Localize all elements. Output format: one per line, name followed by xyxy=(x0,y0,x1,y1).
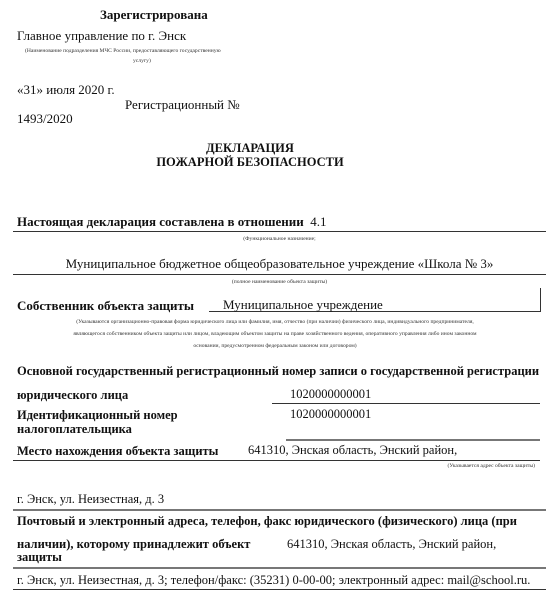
location-underline xyxy=(13,460,540,461)
ogrn-underline xyxy=(272,403,540,404)
registration-number-label: Регистрационный № xyxy=(125,97,240,113)
location-line2-underline xyxy=(13,509,546,511)
registration-number: 1493/2020 xyxy=(17,111,73,127)
contacts-value-line1: 641310, Энская область, Энский район, xyxy=(287,537,496,552)
registration-date: «31» июля 2020 г. xyxy=(17,82,115,98)
declaration-label: Настоящая декларация составлена в отноше… xyxy=(17,214,304,229)
location-note: (Указывается адрес объекта защиты) xyxy=(447,463,535,469)
owner-note-line3: основании, предусмотренном федеральным з… xyxy=(0,343,550,349)
contacts-label-line3: защиты xyxy=(17,550,62,565)
owner-note-line2: являющегося собственником объекта защиты… xyxy=(0,331,550,337)
registration-authority: Главное управление по г. Энск xyxy=(17,28,186,44)
declaration-value: 4.1 xyxy=(310,214,326,229)
ogrn-label-line1: Основной государственный регистрационный… xyxy=(17,364,539,379)
location-value-line1: 641310, Энская область, Энский район, xyxy=(248,443,457,458)
owner-note-line1: (Указываются организационно-правовая фор… xyxy=(0,319,550,325)
inn-label-line2: налогоплательщика xyxy=(17,422,132,437)
ogrn-label-line2: юридического лица xyxy=(17,388,128,403)
contacts-underline xyxy=(13,567,546,569)
declaration-note: (Функциональное назначение; xyxy=(13,236,546,242)
contacts-line2-underline xyxy=(13,589,546,590)
object-name-underline xyxy=(13,274,546,275)
ogrn-value: 1020000000001 xyxy=(290,387,371,402)
declaration-underline xyxy=(13,231,546,232)
inn-value: 1020000000001 xyxy=(290,407,371,422)
inn-underline xyxy=(286,439,540,441)
declaration-row: Настоящая декларация составлена в отноше… xyxy=(17,214,326,230)
location-label: Место нахождения объекта защиты xyxy=(17,444,218,459)
authority-note-line2: услугу) xyxy=(133,58,151,64)
registration-heading: Зарегистрирована xyxy=(100,7,208,23)
authority-note-line1: (Наименование подразделения МЧС России, … xyxy=(25,48,221,54)
contacts-value-line2: г. Энск, ул. Неизестная, д. 3; телефон/ф… xyxy=(17,573,530,588)
inn-label-line1: Идентификационный номер xyxy=(17,408,178,423)
document-title-line1: ДЕКЛАРАЦИЯ xyxy=(100,141,400,156)
document-title-line2: ПОЖАРНОЙ БЕЗОПАСНОСТИ xyxy=(100,155,400,170)
location-value-line2: г. Энск, ул. Неизестная, д. 3 xyxy=(17,492,164,507)
object-name-note: (полное наименование объекта защиты) xyxy=(13,279,546,285)
owner-label: Собственник объекта защиты xyxy=(17,298,194,314)
object-name-value: Муниципальное бюджетное общеобразователь… xyxy=(13,256,546,272)
contacts-label-line1: Почтовый и электронный адреса, телефон, … xyxy=(17,514,517,529)
owner-value: Муниципальное учреждение xyxy=(209,288,541,312)
